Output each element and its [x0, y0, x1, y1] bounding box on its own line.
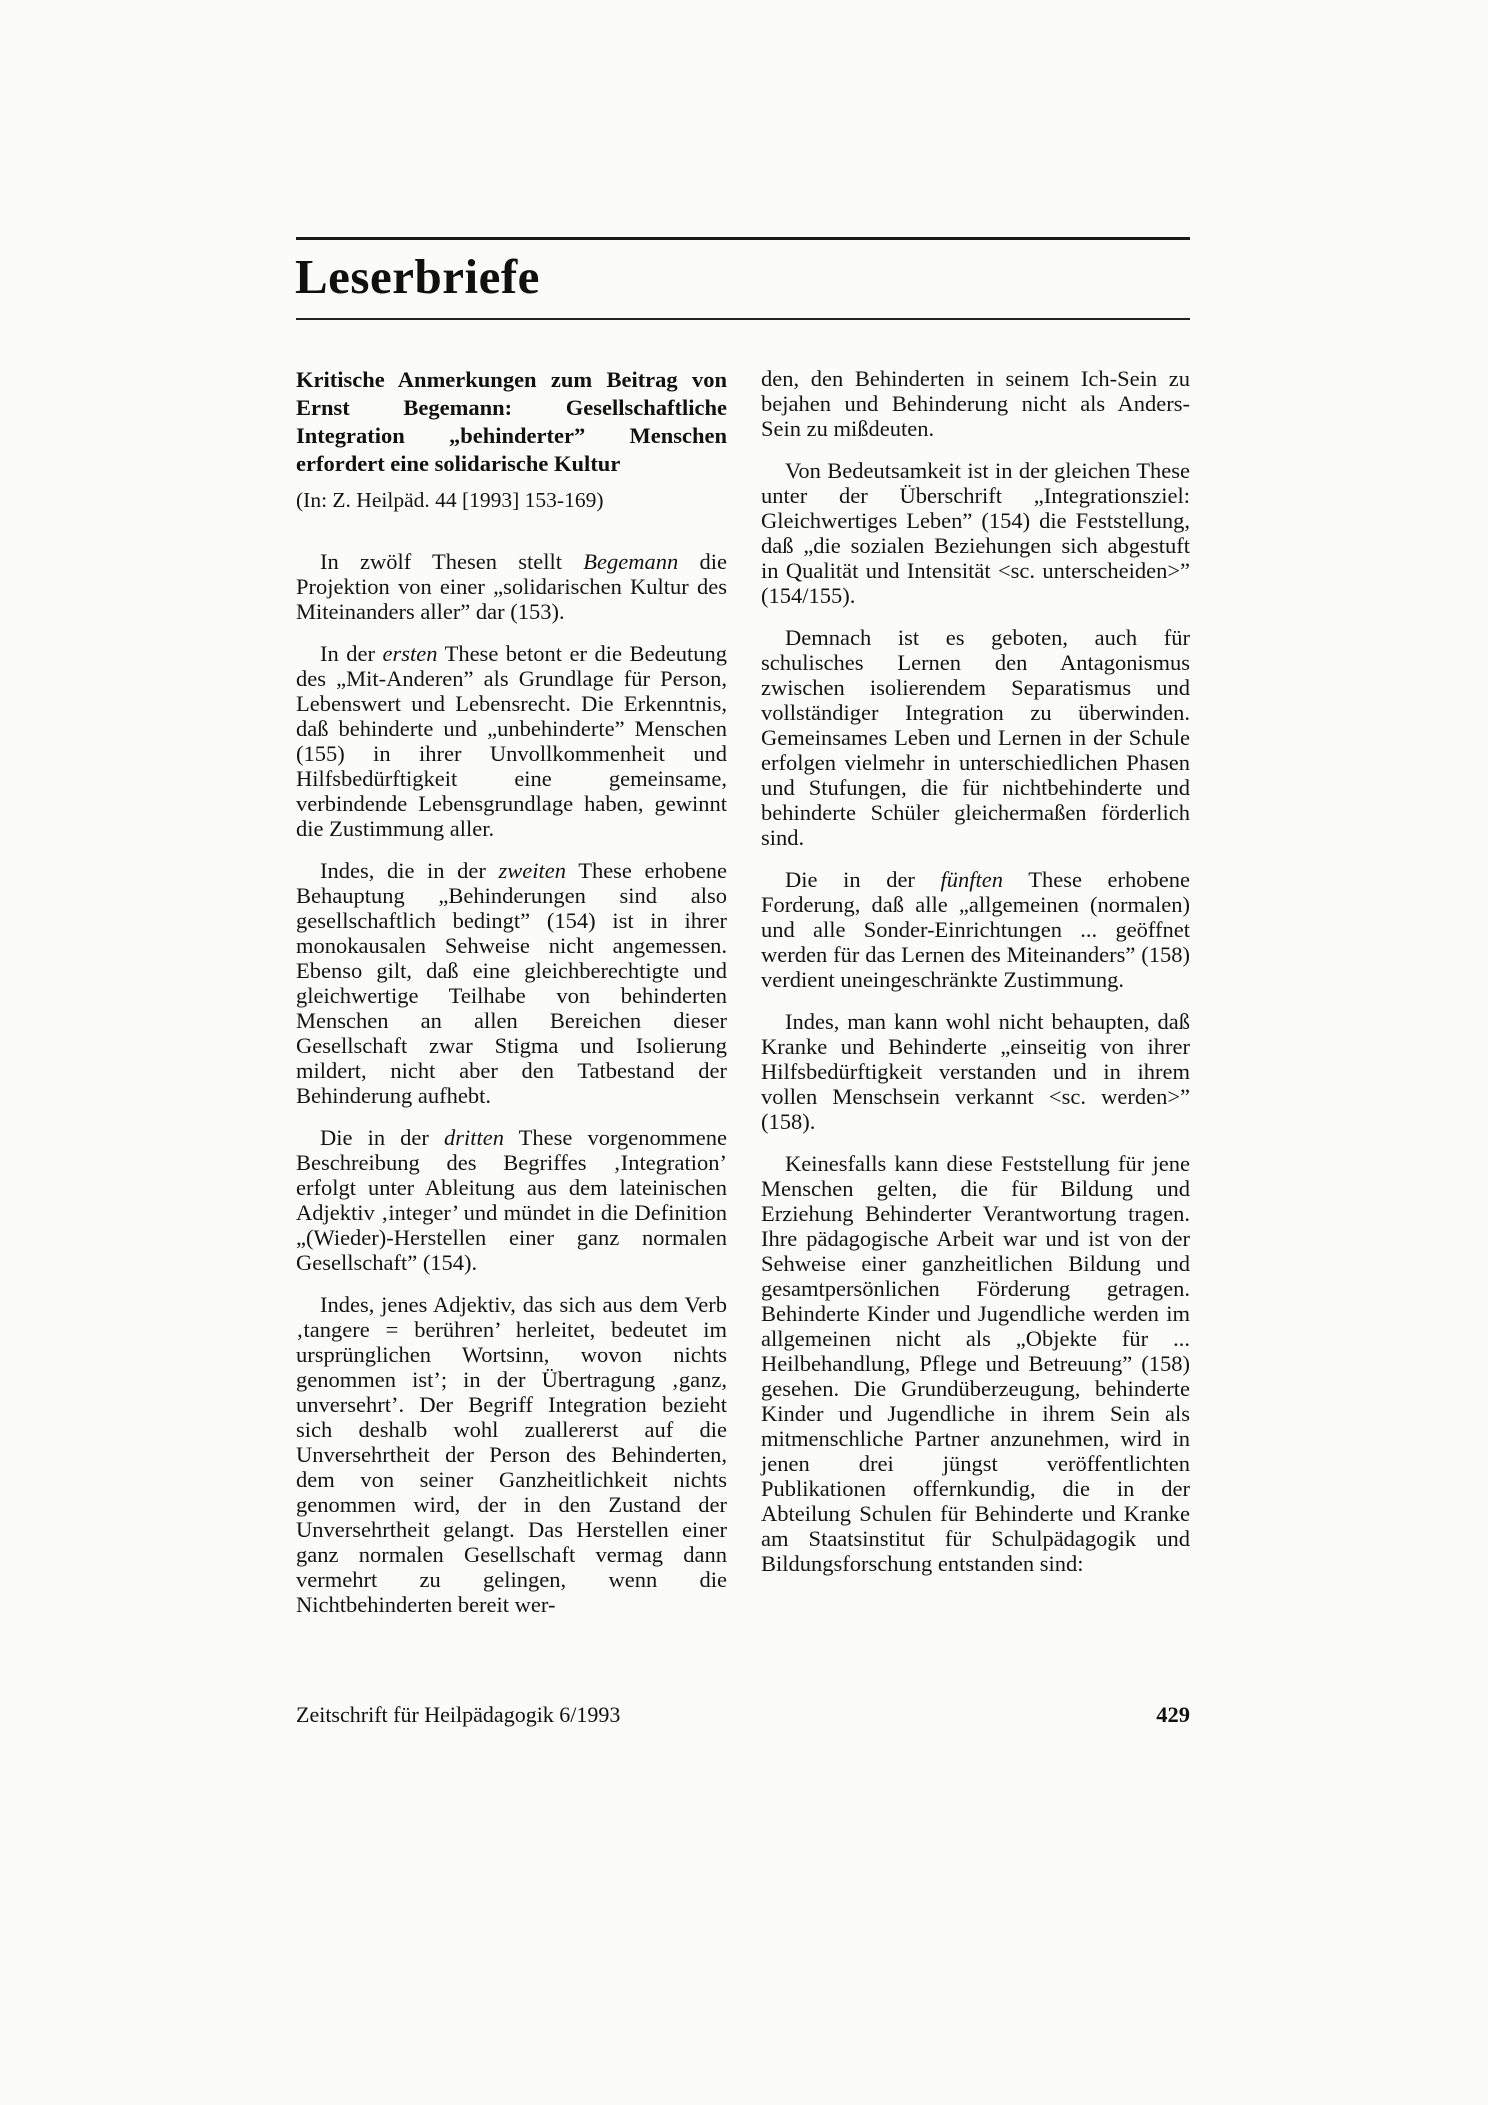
paragraph: In zwölf Thesen stellt Begemann die Proj…	[296, 549, 727, 624]
paragraph: den, den Behinderten in seinem Ich-Sein …	[761, 366, 1190, 441]
page-title: Leserbriefe	[295, 251, 540, 303]
paragraph: Von Bedeutsamkeit ist in der gleichen Th…	[761, 458, 1190, 608]
page-number: 429	[1156, 1702, 1190, 1728]
article-body: Kritische Anmerkungen zum Beitrag von Er…	[296, 366, 1190, 1634]
paragraph: Indes, die in der zweiten These erhobene…	[296, 858, 727, 1108]
paragraph: Die in der dritten These vorgenommene Be…	[296, 1125, 727, 1275]
article-heading: Kritische Anmerkungen zum Beitrag von Er…	[296, 366, 727, 478]
masthead-top-rule	[296, 237, 1190, 240]
paragraph: In der ersten These betont er die Bedeut…	[296, 641, 727, 841]
paragraph: Keinesfalls kann diese Feststellung für …	[761, 1151, 1190, 1576]
paragraph: Indes, man kann wohl nicht behaupten, da…	[761, 1009, 1190, 1134]
right-column: den, den Behinderten in seinem Ich-Sein …	[761, 366, 1190, 1634]
page-footer: Zeitschrift für Heilpädagogik 6/1993 429	[296, 1702, 1190, 1728]
journal-page: Leserbriefe Kritische Anmerkungen zum Be…	[0, 0, 1488, 2105]
paragraph: Die in der fünften These erhobene Forder…	[761, 867, 1190, 992]
article-source: (In: Z. Heilpäd. 44 [1993] 153-169)	[296, 488, 727, 513]
left-paragraphs: In zwölf Thesen stellt Begemann die Proj…	[296, 549, 727, 1617]
left-column: Kritische Anmerkungen zum Beitrag von Er…	[296, 366, 727, 1634]
right-paragraphs: den, den Behinderten in seinem Ich-Sein …	[761, 366, 1190, 1576]
paragraph: Indes, jenes Adjektiv, das sich aus dem …	[296, 1292, 727, 1617]
paragraph: Demnach ist es geboten, auch für schulis…	[761, 625, 1190, 850]
journal-footer-line: Zeitschrift für Heilpädagogik 6/1993	[296, 1702, 620, 1728]
masthead-bottom-rule	[296, 318, 1190, 320]
